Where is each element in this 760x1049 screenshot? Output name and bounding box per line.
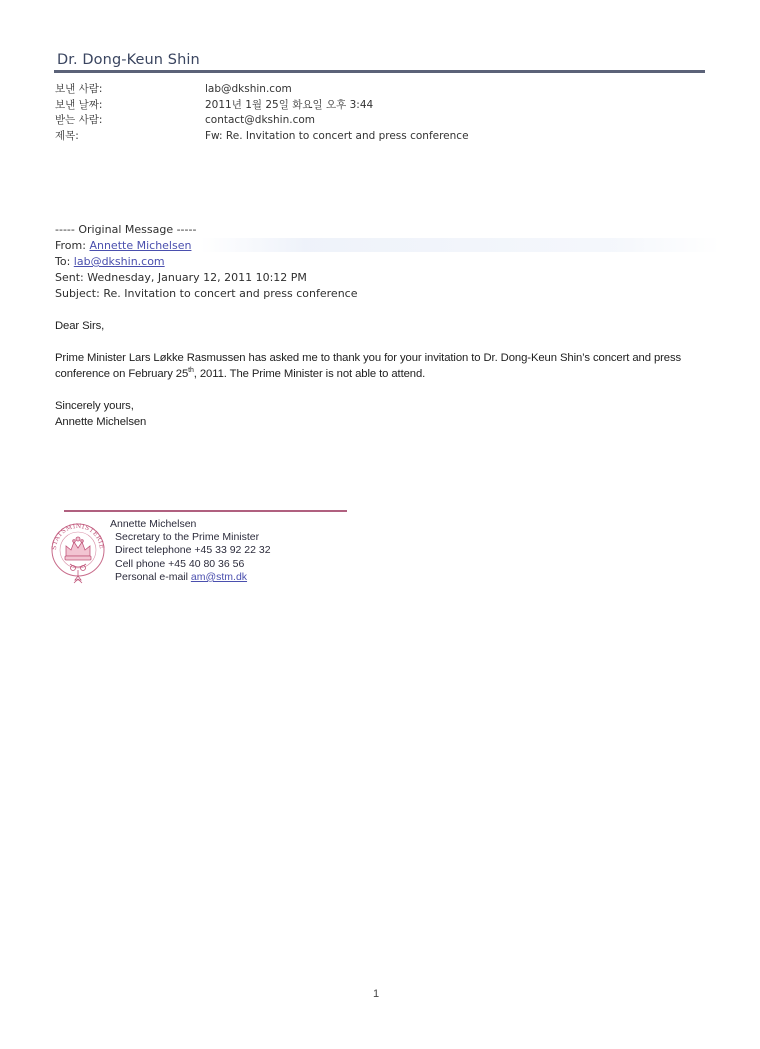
meta-row-sender: 보낸 사람: lab@dkshin.com bbox=[55, 82, 469, 98]
original-from: From: Annette Michelsen bbox=[55, 238, 357, 254]
subject-label: Subject: bbox=[55, 287, 100, 300]
meta-value: Fw: Re. Invitation to concert and press … bbox=[205, 129, 469, 145]
closing: Sincerely yours, bbox=[55, 400, 134, 412]
original-message-separator: ----- Original Message ----- bbox=[55, 222, 357, 238]
original-message: ----- Original Message ----- From: Annet… bbox=[55, 222, 357, 302]
meta-label: 제목: bbox=[55, 129, 205, 145]
paragraph-part2: , 2011. The Prime Minister is not able t… bbox=[194, 368, 425, 380]
original-sent: Sent: Wednesday, January 12, 2011 10:12 … bbox=[55, 270, 357, 286]
from-label: From: bbox=[55, 239, 86, 252]
statsministeriet-crown-seal-icon: STATSMINISTERIET bbox=[42, 512, 114, 587]
closing-block: Sincerely yours, Annette Michelsen bbox=[55, 398, 715, 430]
meta-value: contact@dkshin.com bbox=[205, 113, 315, 129]
sent-label: Sent: bbox=[55, 271, 84, 284]
original-to: To: lab@dkshin.com bbox=[55, 254, 357, 270]
to-link[interactable]: lab@dkshin.com bbox=[74, 255, 165, 268]
email-link[interactable]: am@stm.dk bbox=[191, 571, 247, 583]
meta-value: lab@dkshin.com bbox=[205, 82, 292, 98]
meta-label: 받는 사람: bbox=[55, 113, 205, 129]
to-label: To: bbox=[55, 255, 70, 268]
signature-cell-phone: Cell phone +45 40 80 36 56 bbox=[110, 558, 271, 571]
main-paragraph: Prime Minister Lars Løkke Rasmussen has … bbox=[55, 350, 715, 382]
header-rule bbox=[54, 70, 705, 73]
meta-row-recipient: 받는 사람: contact@dkshin.com bbox=[55, 113, 469, 129]
signature-name: Annette Michelsen bbox=[110, 518, 271, 531]
email-label: Personal e-mail bbox=[115, 571, 191, 583]
meta-row-subject: 제목: Fw: Re. Invitation to concert and pr… bbox=[55, 129, 469, 145]
meta-row-sent-date: 보낸 날짜: 2011년 1월 25일 화요일 오후 3:44 bbox=[55, 98, 469, 114]
signature-direct-phone: Direct telephone +45 33 92 22 32 bbox=[110, 544, 271, 557]
signature-email: Personal e-mail am@stm.dk bbox=[110, 571, 271, 584]
from-link[interactable]: Annette Michelsen bbox=[89, 239, 191, 252]
original-subject: Subject: Re. Invitation to concert and p… bbox=[55, 286, 357, 302]
header-name: Dr. Dong-Keun Shin bbox=[54, 52, 705, 69]
letter-body: Dear Sirs, Prime Minister Lars Løkke Ras… bbox=[55, 318, 715, 430]
sent-value: Wednesday, January 12, 2011 10:12 PM bbox=[87, 271, 307, 284]
signature-title: Secretary to the Prime Minister bbox=[110, 531, 271, 544]
signer-name: Annette Michelsen bbox=[55, 416, 146, 428]
meta-label: 보낸 날짜: bbox=[55, 98, 205, 114]
greeting: Dear Sirs, bbox=[55, 318, 715, 334]
page-number: 1 bbox=[373, 988, 379, 1000]
meta-value: 2011년 1월 25일 화요일 오후 3:44 bbox=[205, 98, 373, 114]
document-header: Dr. Dong-Keun Shin bbox=[54, 52, 705, 73]
signature-block: Annette Michelsen Secretary to the Prime… bbox=[110, 518, 271, 584]
email-meta-table: 보낸 사람: lab@dkshin.com 보낸 날짜: 2011년 1월 25… bbox=[55, 82, 469, 144]
meta-label: 보낸 사람: bbox=[55, 82, 205, 98]
subject-value: Re. Invitation to concert and press conf… bbox=[103, 287, 357, 300]
